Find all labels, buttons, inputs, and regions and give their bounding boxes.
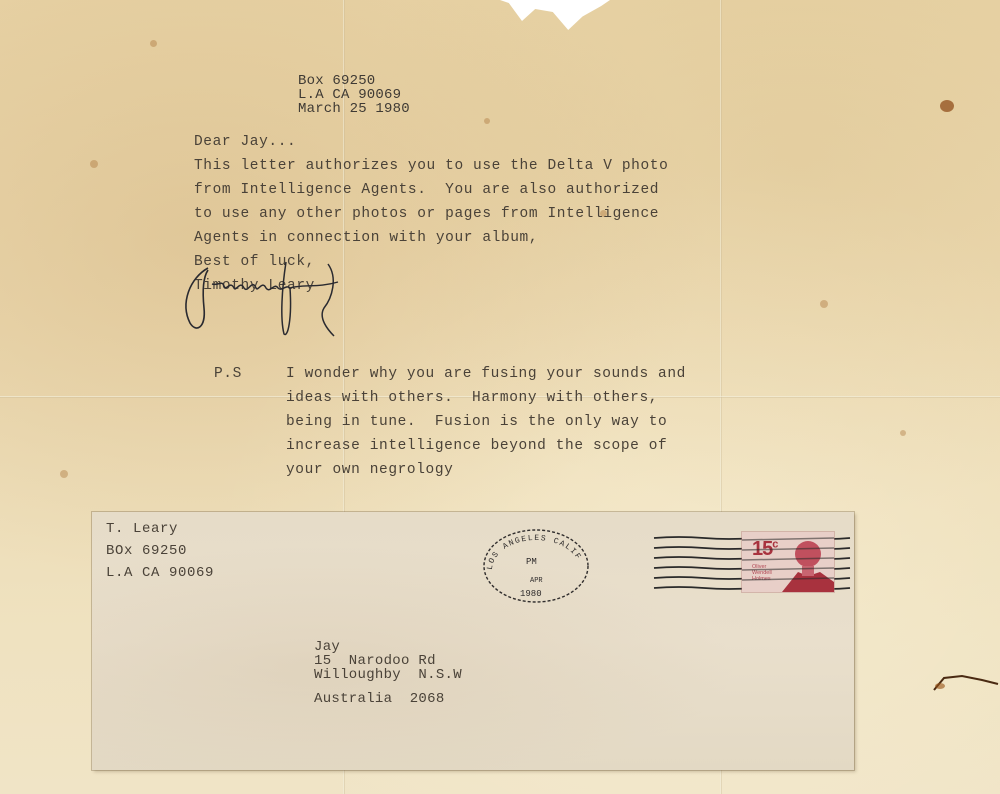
- ps-line: increase intelligence beyond the scope o…: [286, 434, 686, 458]
- letter-paper: Box 69250L.A CA 90069March 25 1980 Dear …: [0, 0, 1000, 794]
- stain: [900, 430, 906, 436]
- stain: [484, 118, 490, 124]
- stain: [150, 40, 157, 47]
- stain: [820, 300, 828, 308]
- stamp-cancel-lines: [742, 532, 834, 592]
- postmark-time: PM: [526, 557, 537, 567]
- return-address: T. LearyBOx 69250L.A CA 90069: [106, 518, 214, 584]
- postscript: I wonder why you are fusing your sounds …: [286, 362, 686, 482]
- recipient-address: Jay15 Narodoo RdWilloughby N.S.WAustrali…: [314, 640, 462, 706]
- header-line: L.A CA 90069: [298, 88, 410, 102]
- return-box: BOx 69250: [106, 540, 214, 562]
- signature: [178, 258, 353, 338]
- stain: [940, 100, 954, 112]
- return-name: T. Leary: [106, 518, 214, 540]
- body-line: from Intelligence Agents. You are also a…: [194, 178, 668, 202]
- envelope: T. LearyBOx 69250L.A CA 90069 LOS ANGELE…: [92, 512, 854, 770]
- ps-line: I wonder why you are fusing your sounds …: [286, 362, 686, 386]
- recipient-name: Jay: [314, 640, 462, 654]
- recipient-country: Australia 2068: [314, 692, 462, 706]
- header-line: Box 69250: [298, 74, 410, 88]
- stain: [90, 160, 98, 168]
- postmark-year: 1980: [520, 589, 542, 599]
- ps-label: P.S: [214, 362, 242, 386]
- body-line: This letter authorizes you to use the De…: [194, 154, 668, 178]
- postmark-icon: LOS ANGELES CALIF PM APR 1980: [480, 526, 592, 606]
- greeting: Dear Jay...: [194, 130, 668, 154]
- return-city: L.A CA 90069: [106, 562, 214, 584]
- torn-notch: [500, 0, 610, 30]
- postmark-month: APR: [530, 577, 543, 585]
- body-line: Agents in connection with your album,: [194, 226, 668, 250]
- ps-line: your own negrology: [286, 458, 686, 482]
- postage-stamp: 15c Oliver Wendell Holmes: [742, 532, 834, 592]
- header-date: March 25 1980: [298, 102, 410, 116]
- stain: [60, 470, 68, 478]
- recipient-city: Willoughby N.S.W: [314, 668, 462, 682]
- sender-header: Box 69250L.A CA 90069March 25 1980: [298, 74, 410, 116]
- ps-line: ideas with others. Harmony with others,: [286, 386, 686, 410]
- paper-tear: [932, 672, 1000, 696]
- body-line: to use any other photos or pages from In…: [194, 202, 668, 226]
- recipient-street: 15 Narodoo Rd: [314, 654, 462, 668]
- ps-line: being in tune. Fusion is the only way to: [286, 410, 686, 434]
